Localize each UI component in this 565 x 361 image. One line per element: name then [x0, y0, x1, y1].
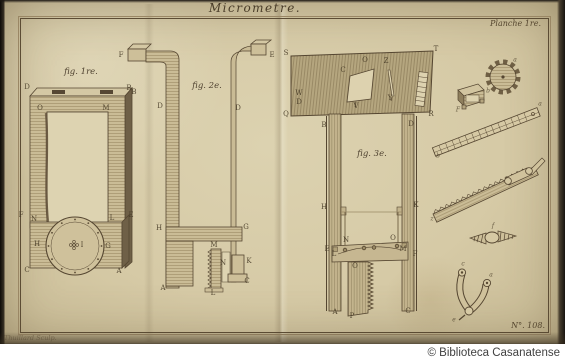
gear-wheel-drawing — [488, 62, 518, 92]
fig2-bars-drawing — [128, 40, 271, 292]
toothed-rack-bar-drawing — [432, 158, 545, 222]
fig1-label: fig. 1re. — [64, 67, 98, 77]
plate-sheet-number: N°. 108. — [511, 321, 545, 330]
fig1-frame-drawing — [30, 88, 132, 275]
credit-bar: © Biblioteca Casanatense — [0, 344, 565, 361]
scan-edge-top — [0, 0, 565, 3]
graduated-ruler-drawing — [432, 108, 540, 157]
engraving-figures — [0, 0, 565, 346]
library-credit: © Biblioteca Casanatense — [428, 347, 561, 359]
bracket-clamp-drawing — [458, 84, 484, 109]
fork-piece-drawing — [458, 269, 490, 320]
fig3-label: fig. 3e. — [357, 149, 387, 159]
plate-title: Micrometre. — [195, 1, 315, 15]
book-page-scan: Micrometre. Planche 1re. N°. 108. Thuill… — [0, 0, 565, 346]
planche-number: Planche 1re. — [490, 19, 541, 28]
scanned-plate-screenshot: Micrometre. Planche 1re. N°. 108. Thuill… — [0, 0, 565, 361]
fig2-label: fig. 2e. — [192, 81, 222, 91]
scan-edge-right — [557, 0, 565, 346]
fig3-micrometer-drawing — [291, 51, 433, 316]
worm-screw-drawing — [470, 231, 516, 244]
scan-edge-left — [0, 0, 5, 346]
